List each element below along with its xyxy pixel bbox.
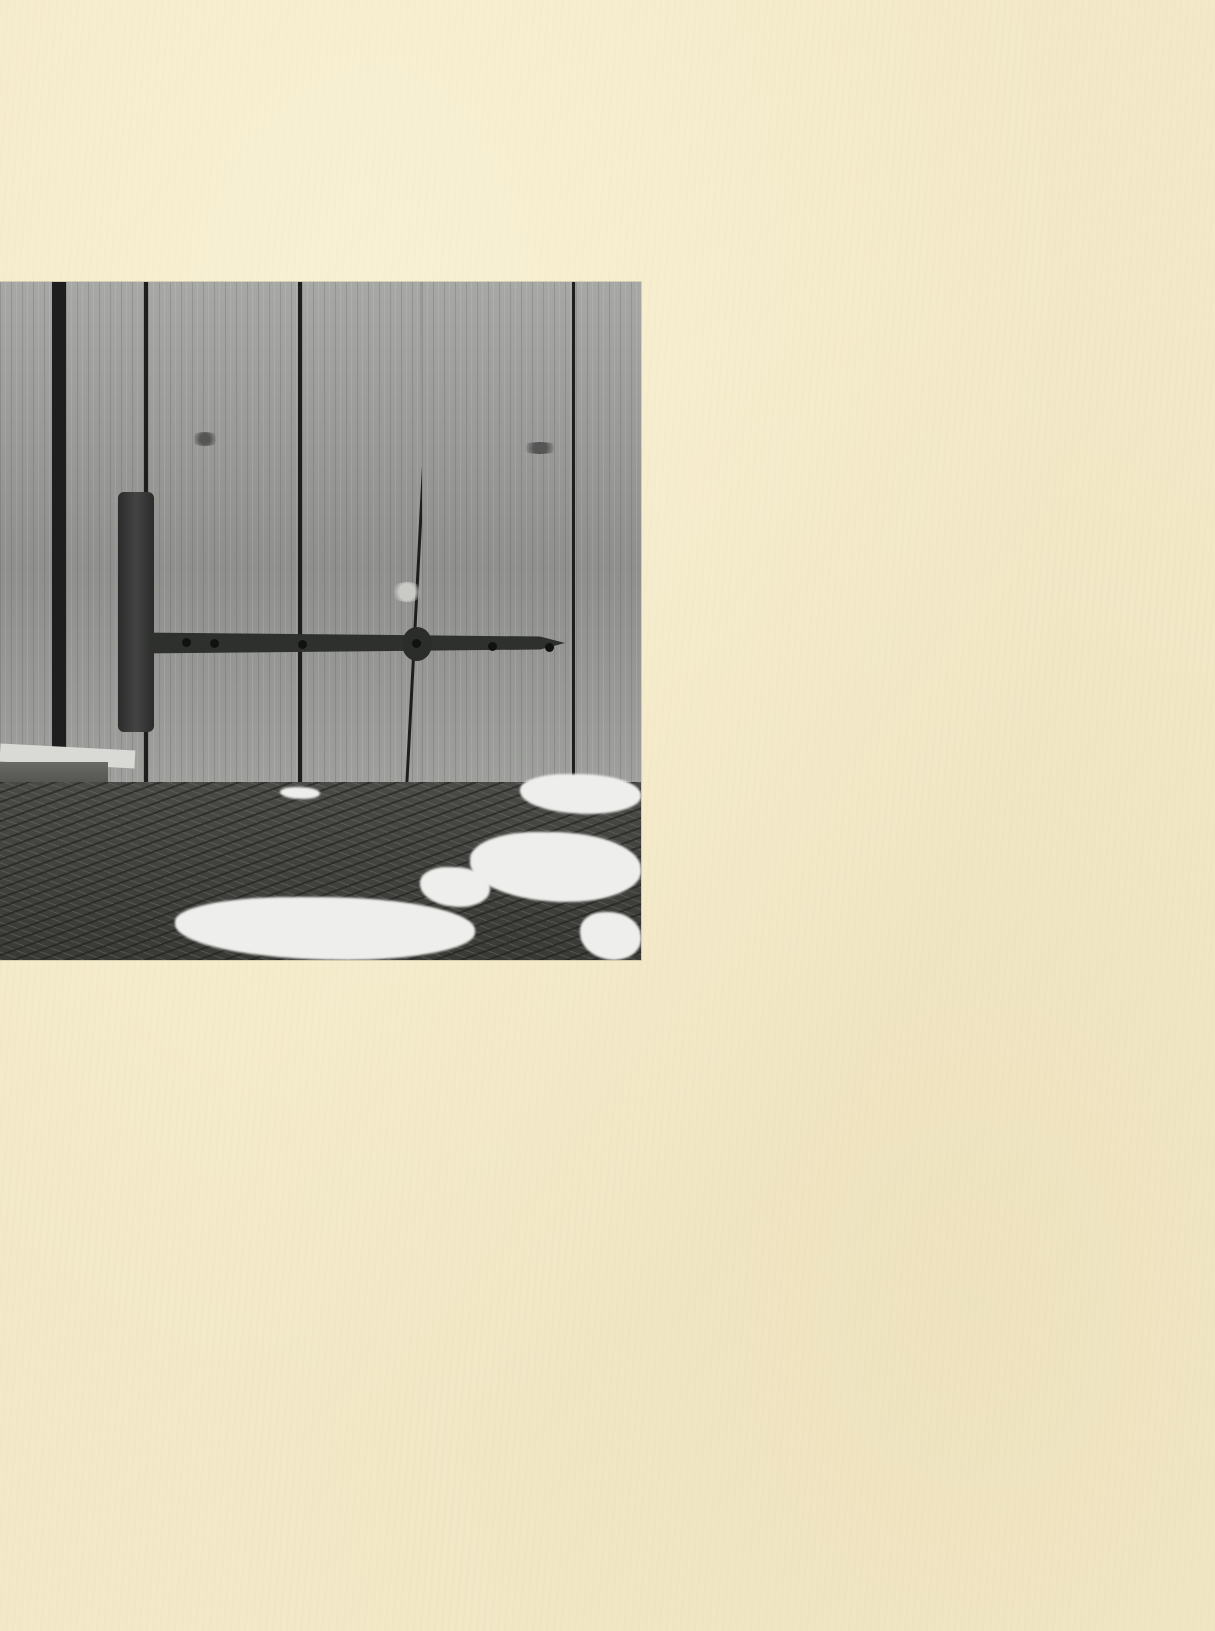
plank — [0, 282, 52, 802]
snow-patch — [175, 897, 475, 960]
album-page — [0, 0, 1215, 1631]
hinge-pintle — [118, 492, 154, 732]
plank-seam — [572, 282, 575, 802]
snow-patch — [420, 867, 490, 907]
wood-knot — [520, 442, 560, 454]
plank-seam — [52, 282, 66, 802]
barn-door-photograph — [0, 282, 641, 960]
snow-patch — [520, 774, 641, 814]
wood-patch — [390, 582, 424, 602]
plank — [576, 282, 641, 802]
rivet — [182, 638, 191, 647]
ground-with-straw — [0, 782, 641, 960]
rivet — [412, 639, 421, 648]
rivet — [545, 643, 554, 652]
rivet — [488, 642, 497, 651]
wood-knot — [190, 432, 220, 446]
snow-patch — [580, 912, 641, 960]
rivet — [210, 639, 219, 648]
snow-patch — [470, 832, 641, 902]
snow-patch — [280, 787, 320, 799]
plank — [302, 282, 420, 802]
plank — [422, 282, 572, 802]
rivet — [298, 640, 307, 649]
wooden-planks — [0, 282, 641, 802]
plank — [148, 282, 298, 802]
